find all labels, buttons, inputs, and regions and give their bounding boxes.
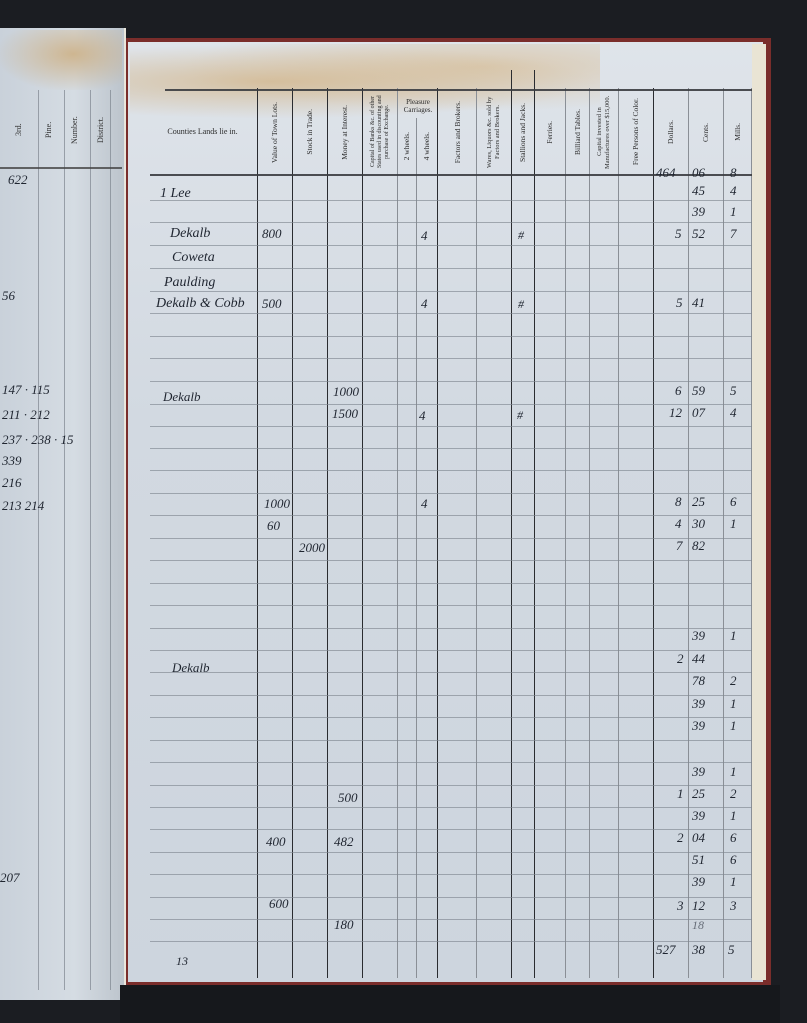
county-entry: Coweta — [172, 250, 215, 266]
dollars-value: 2 — [677, 651, 684, 667]
grid-line — [150, 785, 752, 786]
grid-line — [64, 90, 65, 990]
cents-value: 39 — [692, 696, 705, 712]
left-entry: 207 — [0, 870, 20, 886]
mills-value: 6 — [730, 852, 737, 868]
header-dollars: Dollars. — [654, 92, 688, 172]
left-header-number: Number. — [70, 95, 79, 165]
carriage-4-wheels: 4 — [419, 408, 426, 424]
money-value: 500 — [338, 790, 358, 806]
cents-value: 07 — [692, 405, 705, 421]
cents-value: 39 — [692, 628, 705, 644]
mills-value: 1 — [730, 808, 737, 824]
town-lots-value: 1000 — [264, 496, 290, 512]
mills-value: 7 — [730, 226, 737, 242]
grid-line — [150, 874, 752, 875]
left-entry: 213 214 — [2, 498, 44, 514]
cents-value: 25 — [692, 786, 705, 802]
mills-value: 4 — [730, 405, 737, 421]
header-ferries: Ferries. — [535, 92, 565, 172]
cents-value: 45 — [692, 183, 705, 199]
cents-value: 25 — [692, 494, 705, 510]
cents-value: 04 — [692, 830, 705, 846]
cents-value: 30 — [692, 516, 705, 532]
total-mills: 5 — [728, 942, 735, 958]
mills-value: 1 — [730, 628, 737, 644]
grid-line — [150, 426, 752, 427]
grid-line — [150, 897, 752, 898]
cents-value: 39 — [692, 874, 705, 890]
header-stock-in-trade: Stock in Trade. — [293, 92, 327, 172]
header-capital-manufactures: Capital invested in Manufactures over $1… — [590, 92, 618, 172]
cents-value: 18 — [692, 918, 704, 933]
grid-line — [150, 807, 752, 808]
mills-value: 5 — [730, 383, 737, 399]
grid-line — [534, 70, 535, 978]
cents-value: 39 — [692, 764, 705, 780]
grid-line — [150, 404, 752, 405]
grid-line — [150, 919, 752, 920]
cents-value: 39 — [692, 204, 705, 220]
town-lots-value: 60 — [267, 518, 280, 534]
town-lots-value: 500 — [262, 296, 282, 312]
header-town-lots: Value of Town Lots. — [258, 92, 292, 172]
left-entry: 622 — [8, 172, 28, 188]
header-money-at-interest: Money at Interest. — [328, 92, 362, 172]
header-counties: Counties Lands lie in. — [150, 92, 255, 172]
grid-line — [0, 167, 122, 169]
grid-line — [150, 695, 752, 696]
grid-line — [90, 90, 91, 990]
mills-value: 8 — [730, 165, 737, 181]
cents-value: 06 — [692, 165, 705, 181]
mills-value: 2 — [730, 673, 737, 689]
county-entry: Dekalb — [163, 389, 201, 405]
mills-value: 6 — [730, 830, 737, 846]
money-value: 180 — [334, 917, 354, 933]
header-4-wheels: 4 wheels. — [417, 120, 437, 172]
cents-value: 82 — [692, 538, 705, 554]
dollars-value: 6 — [675, 383, 682, 399]
grid-line — [150, 358, 752, 359]
cents-value: 44 — [692, 651, 705, 667]
cents-value: 52 — [692, 226, 705, 242]
total-cents: 38 — [692, 942, 705, 958]
grid-line — [150, 470, 752, 471]
dollars-value: 464 — [656, 165, 676, 181]
water-stain — [0, 30, 122, 90]
mills-value: 1 — [730, 204, 737, 220]
header-top-rule — [165, 89, 752, 91]
carriage-4-wheels: 4 — [421, 228, 428, 244]
left-header-district: District. — [96, 95, 105, 165]
grid-line — [150, 852, 752, 853]
dollars-value: 5 — [675, 226, 682, 242]
cents-value: 12 — [692, 898, 705, 914]
table-surface — [120, 985, 780, 1023]
grid-line — [150, 762, 752, 763]
cents-value: 39 — [692, 718, 705, 734]
grid-line — [511, 70, 512, 978]
left-entry: 211 · 212 — [2, 407, 50, 423]
grid-line — [110, 90, 111, 990]
grid-line — [150, 268, 752, 269]
dollars-value: 2 — [677, 830, 684, 846]
cents-value: 51 — [692, 852, 705, 868]
grid-line — [150, 200, 752, 201]
dollars-value: 7 — [676, 538, 683, 554]
grid-line — [150, 291, 752, 292]
grid-line — [150, 336, 752, 337]
mills-value: 3 — [730, 898, 737, 914]
grid-line — [150, 515, 752, 516]
county-entry: Paulding — [164, 275, 215, 291]
header-mills: Mills. — [724, 92, 752, 172]
cents-value: 39 — [692, 808, 705, 824]
town-lots-value: 600 — [269, 896, 289, 912]
cents-value: 59 — [692, 383, 705, 399]
grid-line — [150, 829, 752, 830]
stallions-mark: # — [518, 228, 524, 243]
grid-line — [150, 222, 752, 223]
stallions-mark: # — [517, 408, 523, 423]
carriage-4-wheels: 4 — [421, 296, 428, 312]
dollars-value: 8 — [675, 494, 682, 510]
left-header-pine: Pine. — [44, 95, 53, 165]
grid-line — [38, 90, 39, 990]
dollars-value: 3 — [677, 898, 684, 914]
grid-line — [150, 448, 752, 449]
grid-line — [150, 245, 752, 246]
dollars-value: 5 — [676, 295, 683, 311]
mills-value: 1 — [730, 764, 737, 780]
dollars-value: 4 — [675, 516, 682, 532]
page-edge — [752, 44, 766, 980]
stallions-mark: # — [518, 297, 524, 312]
grid-line — [150, 560, 752, 561]
grid-line — [150, 672, 752, 673]
left-entry: 216 — [2, 475, 22, 491]
cents-value: 78 — [692, 673, 705, 689]
header-cents: Cents. — [689, 92, 723, 172]
grid-line — [150, 628, 752, 629]
mills-value: 6 — [730, 494, 737, 510]
left-entry: 237 · 238 · 15 — [2, 432, 74, 448]
header-billiard-tables: Billiard Tables. — [566, 92, 590, 172]
mills-value: 4 — [730, 183, 737, 199]
town-lots-value: 800 — [262, 226, 282, 242]
mills-value: 1 — [730, 874, 737, 890]
grid-line — [150, 650, 752, 651]
grid-line — [150, 313, 752, 314]
mills-value: 1 — [730, 696, 737, 712]
right-page — [128, 42, 763, 982]
county-entry: Dekalb & Cobb — [156, 296, 245, 312]
grid-line — [416, 118, 417, 978]
mills-value: 1 — [730, 718, 737, 734]
grid-line — [150, 493, 752, 494]
grid-line — [150, 740, 752, 741]
header-factors-brokers: Factors and Brokers. — [440, 92, 476, 172]
dollars-value: 12 — [669, 405, 682, 421]
cents-value: 41 — [692, 295, 705, 311]
mills-value: 1 — [730, 516, 737, 532]
header-stallions-jacks: Stallions and Jacks. — [512, 92, 534, 172]
money-value: 1000 — [333, 384, 359, 400]
county-entry: 1 Lee — [160, 186, 191, 202]
grid-line — [150, 381, 752, 382]
county-entry: Dekalb — [170, 226, 210, 242]
left-header-3rd: 3rd. — [14, 95, 23, 165]
grid-line — [150, 605, 752, 606]
left-entry: 147 · 115 — [2, 382, 50, 398]
header-2-wheels: 2 wheels. — [398, 120, 416, 172]
left-entry: 56 — [2, 288, 15, 304]
dollars-value: 1 — [677, 786, 684, 802]
header-pleasure-carriages: Pleasure Carriages. — [398, 98, 438, 114]
grid-line — [150, 717, 752, 718]
header-capital-of-banks: Capital of Banks &c. of other States use… — [363, 92, 397, 172]
town-lots-value: 400 — [266, 834, 286, 850]
county-entry: Dekalb — [172, 660, 210, 676]
page-number: 13 — [176, 954, 188, 969]
grid-line — [150, 583, 752, 584]
mills-value: 2 — [730, 786, 737, 802]
total-dollars: 527 — [656, 942, 676, 958]
header-free-persons-color: Free Persons of Color. — [619, 92, 653, 172]
money-value: 482 — [334, 834, 354, 850]
left-entry: 339 — [2, 453, 22, 469]
money-value: 1500 — [332, 406, 358, 422]
grid-line — [150, 538, 752, 539]
carriage-4-wheels: 4 — [421, 496, 428, 512]
stock-value: 2000 — [299, 540, 325, 556]
header-wares-liquors: Wares, Liquors &c. sold by Factors and B… — [477, 92, 511, 172]
